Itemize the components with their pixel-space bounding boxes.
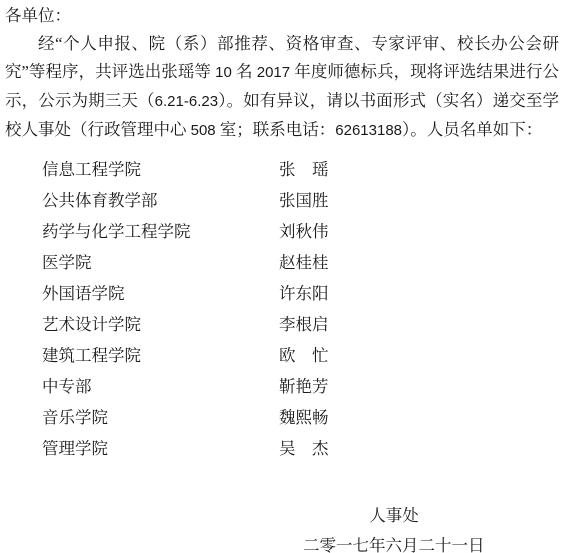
announcement-document: 各单位： 经“个人申报、院（系）部推荐、资格审查、专家评审、校长办公会研究”等程… (0, 0, 563, 553)
paragraph-text: 室；联系电话： (216, 120, 336, 139)
phone-number: 62613188 (335, 122, 402, 139)
roster-row: 建筑工程学院 欧 忙 (42, 340, 559, 371)
department-cell: 艺术设计学院 (42, 309, 279, 340)
room-number: 508 (191, 122, 216, 139)
department-cell: 医学院 (42, 247, 279, 278)
department-cell: 管理学院 (42, 433, 279, 464)
roster-row: 公共体育教学部 张国胜 (42, 185, 559, 216)
roster-row: 中专部 靳艳芳 (42, 371, 559, 402)
signature-date: 二零一七年六月二十一日 (303, 531, 485, 553)
signature-department: 人事处 (303, 501, 485, 531)
name-cell: 欧 忙 (279, 340, 329, 371)
year-number: 2017 (257, 64, 290, 81)
name-cell: 张国胜 (279, 185, 329, 216)
department-cell: 外国语学院 (42, 278, 279, 309)
name-cell: 李根启 (279, 309, 329, 340)
department-cell: 音乐学院 (42, 402, 279, 433)
name-cell: 张 瑶 (279, 154, 329, 185)
department-cell: 建筑工程学院 (42, 340, 279, 371)
roster-row: 管理学院 吴 杰 (42, 433, 559, 464)
roster-row: 医学院 赵桂桂 (42, 247, 559, 278)
signature-block: 人事处 二零一七年六月二十一日 (303, 501, 485, 553)
paragraph-text: ）。人员名单如下： (402, 120, 542, 139)
name-cell: 吴 杰 (279, 433, 329, 464)
name-cell: 赵桂桂 (279, 247, 329, 278)
department-cell: 公共体育教学部 (42, 185, 279, 216)
roster-row: 音乐学院 魏熙畅 (42, 402, 559, 433)
name-cell: 许东阳 (279, 278, 329, 309)
salutation: 各单位： (5, 2, 559, 30)
department-cell: 药学与化学工程学院 (42, 216, 279, 247)
name-cell: 魏熙畅 (279, 402, 329, 433)
count-number: 10 (215, 64, 232, 81)
name-cell: 靳艳芳 (279, 371, 329, 402)
date-range: 6.21-6.23 (155, 93, 218, 110)
department-cell: 信息工程学院 (42, 154, 279, 185)
roster-row: 外国语学院 许东阳 (42, 278, 559, 309)
department-cell: 中专部 (42, 371, 279, 402)
roster-row: 药学与化学工程学院 刘秋伟 (42, 216, 559, 247)
name-cell: 刘秋伟 (279, 216, 329, 247)
announcement-paragraph: 经“个人申报、院（系）部推荐、资格审查、专家评审、校长办公会研究”等程序，共评选… (5, 30, 559, 145)
roster-row: 艺术设计学院 李根启 (42, 309, 559, 340)
awardee-roster: 信息工程学院 张 瑶 公共体育教学部 张国胜 药学与化学工程学院 刘秋伟 医学院… (5, 154, 559, 464)
roster-row: 信息工程学院 张 瑶 (42, 154, 559, 185)
paragraph-text: 名 (232, 62, 257, 81)
